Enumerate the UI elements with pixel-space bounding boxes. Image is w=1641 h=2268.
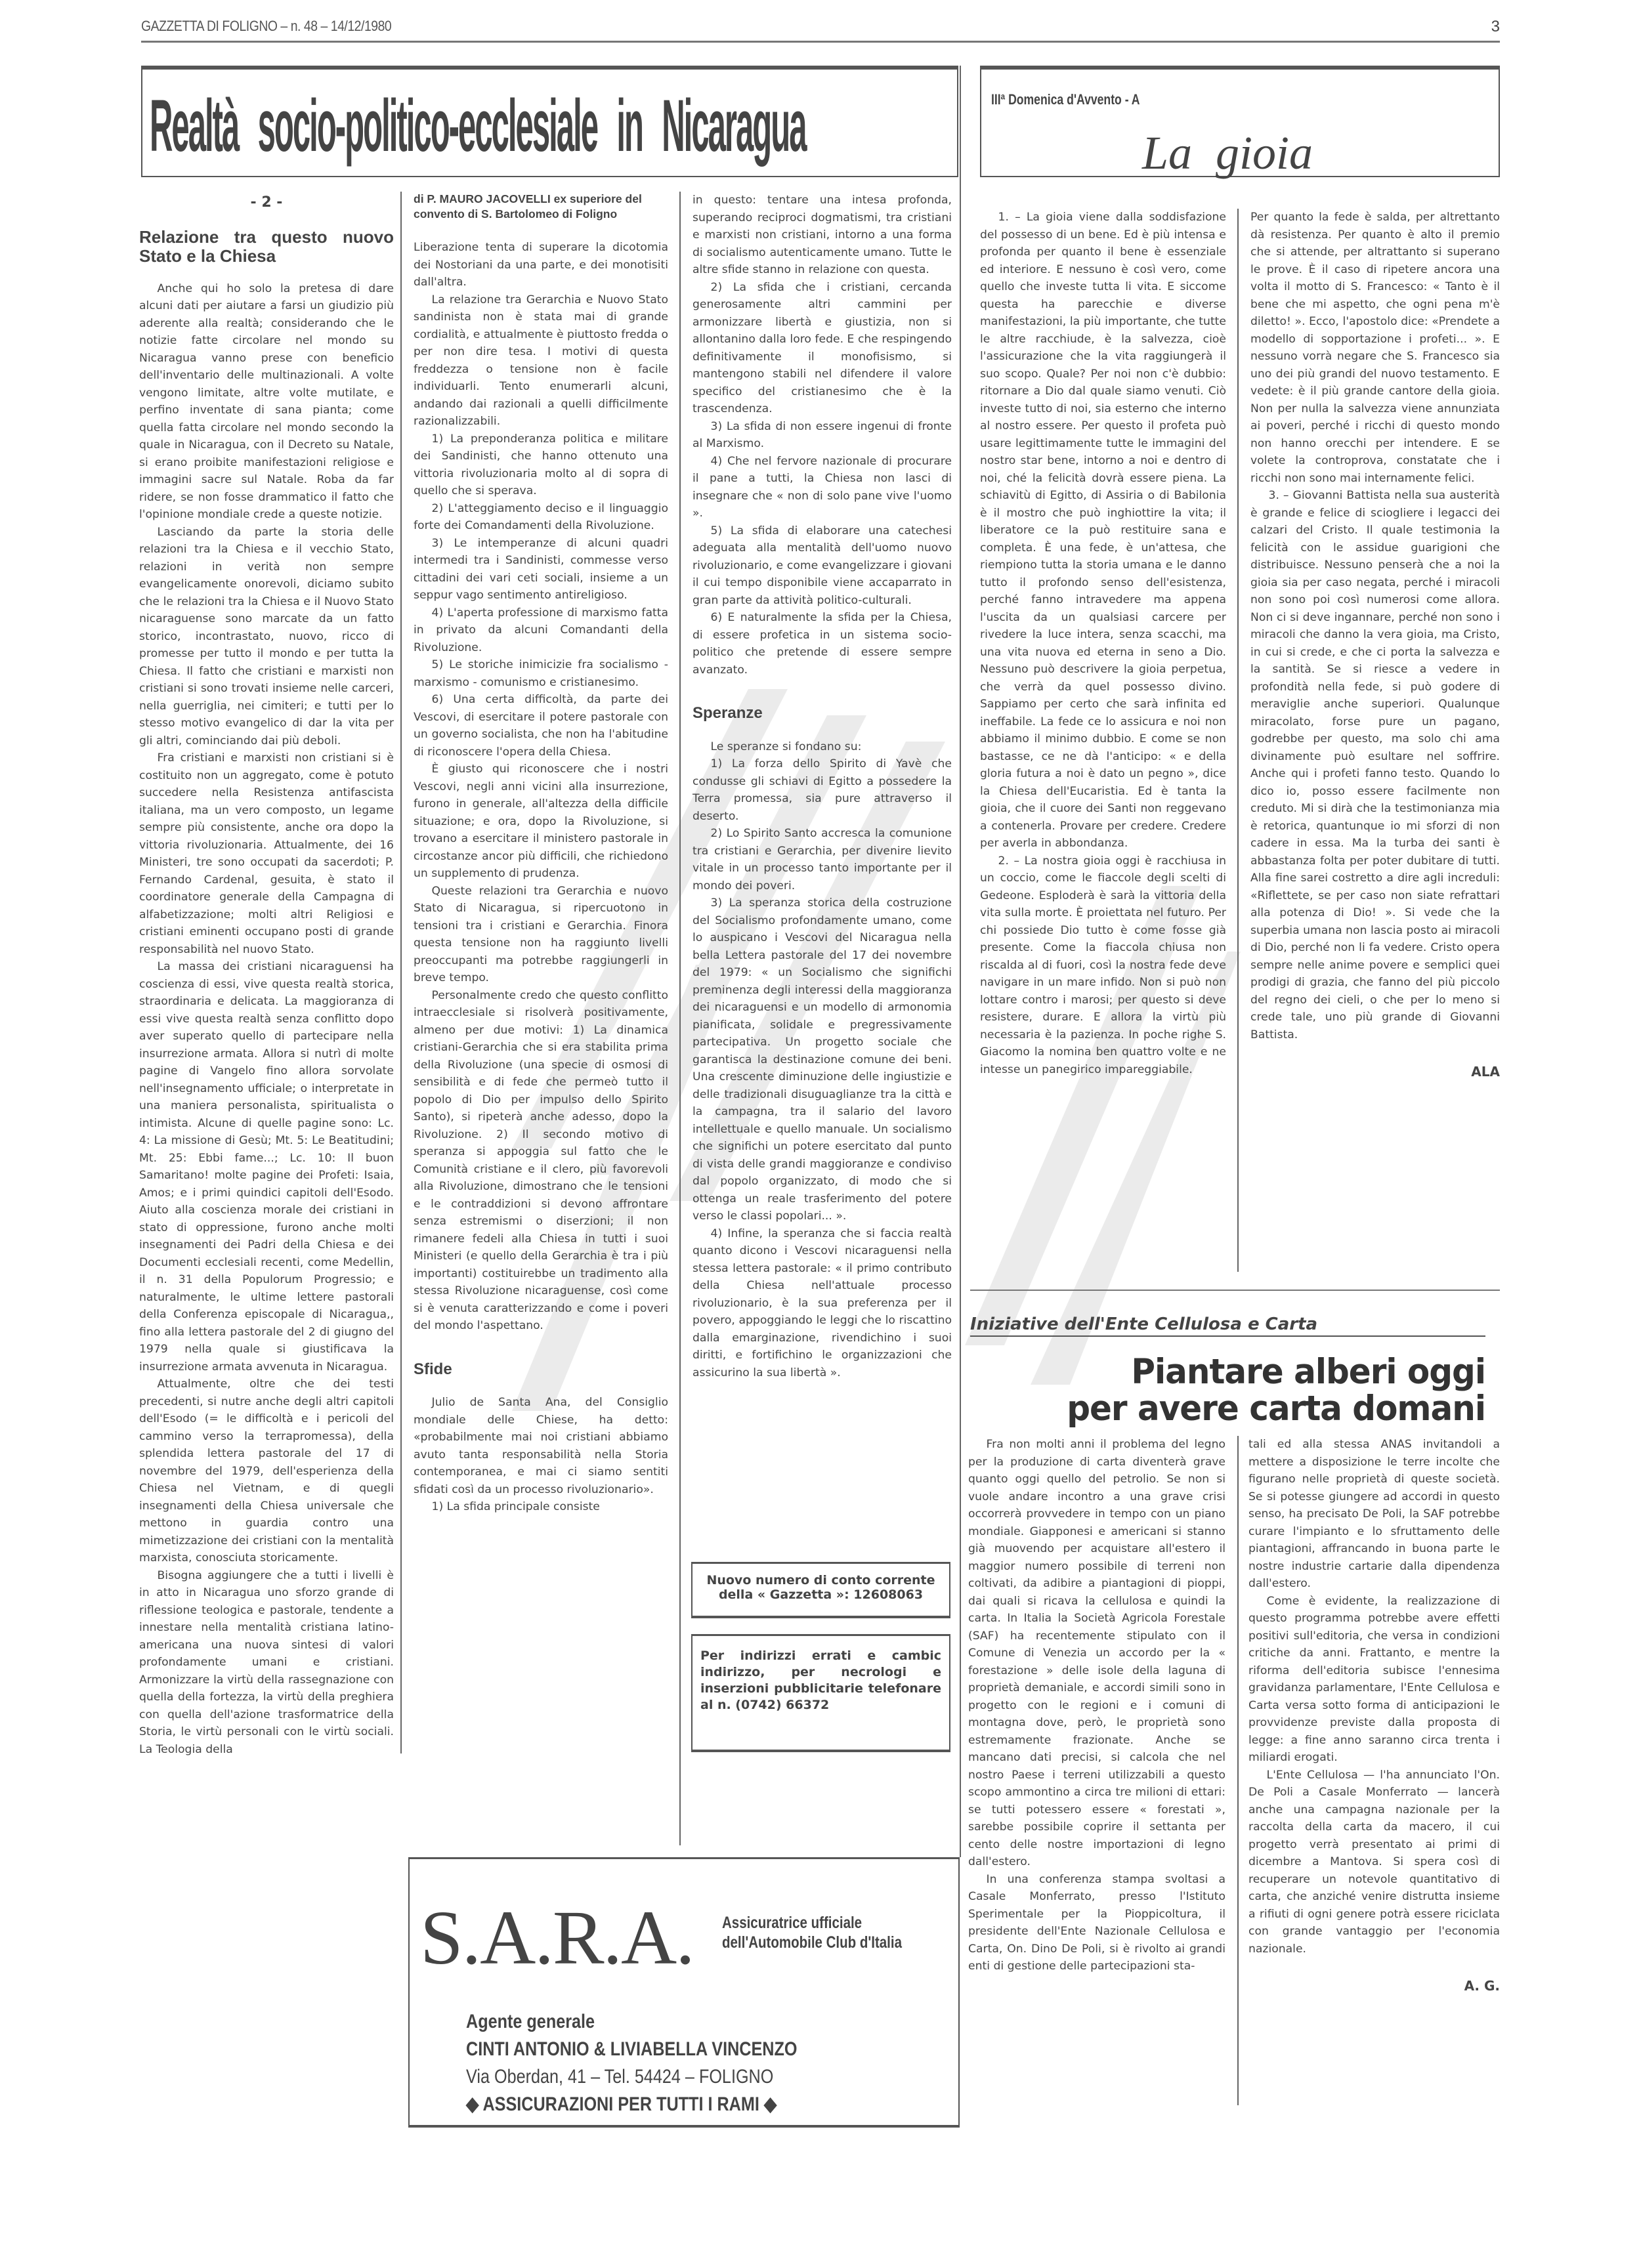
part-number: - 2 - — [139, 194, 394, 212]
nicaragua-title: Realtà socio-politico-ecclesiale in Nica… — [150, 84, 542, 169]
section-divider — [960, 66, 961, 1857]
paragraph: Come è evidente, la realizzazione di que… — [1248, 1593, 1500, 1767]
paragraph: 4) Che nel fervore nazionale di procurar… — [693, 453, 952, 522]
column-divider — [1237, 209, 1239, 1272]
paragraph: 2. – La nostra gioia oggi è racchiusa in… — [980, 852, 1226, 1079]
paragraph: È giusto qui riconoscere che i nostri Ve… — [414, 761, 668, 883]
section-heading-sfide: Sfide — [414, 1361, 668, 1379]
paragraph: 3) Le intemperanze di alcuni quadri inte… — [414, 535, 668, 604]
paragraph: Le speranze si fondano su: — [693, 738, 952, 756]
sara-tagline-line-1: Assicuratrice ufficiale — [722, 1913, 902, 1933]
nicaragua-column-1: - 2 - Relazione tra questo nuovo Stato e… — [139, 192, 394, 1758]
paragraph: in questo: tentare una intesa profonda, … — [693, 192, 952, 279]
paragraph: Anche qui ho solo la pretesa di dare alc… — [139, 280, 394, 524]
column-divider — [679, 192, 681, 1845]
paragraph: 1) La preponderanza politica e militare … — [414, 430, 668, 500]
paragraph: 3. – Giovanni Battista nella sua austeri… — [1250, 487, 1500, 1043]
paragraph: Lasciando da parte la storia delle relaz… — [139, 524, 394, 750]
cellulosa-column-1: Fra non molti anni il problema del legno… — [968, 1436, 1225, 1975]
paragraph: La relazione tra Gerarchia e Nuovo Stato… — [414, 291, 668, 430]
paragraph: 6) Una certa difficoltà, da parte dei Ve… — [414, 691, 668, 761]
nicaragua-column-2: di P. MAURO JACOVELLI ex superiore del c… — [414, 192, 668, 1516]
nicaragua-column-3: in questo: tentare una intesa profonda, … — [693, 192, 952, 1381]
paragraph: Fra non molti anni il problema del legno… — [968, 1436, 1225, 1871]
paragraph: 4) Infine, la speranza che si faccia rea… — [693, 1225, 952, 1382]
notice-conto-corrente: Nuovo numero di conto corrente della « G… — [691, 1562, 950, 1618]
section-rule — [970, 1290, 1500, 1291]
section-heading-speranze: Speranze — [693, 705, 952, 723]
byline: di P. MAURO JACOVELLI ex superiore del c… — [414, 192, 668, 222]
paragraph: 1) La forza dello Spirito di Yavè che co… — [693, 755, 952, 825]
paragraph: tali ed alla stessa ANAS invitandoli a m… — [1248, 1436, 1500, 1593]
page-number: 3 — [1491, 18, 1500, 36]
gioia-kicker: IIIª Domenica d'Avvento - A — [991, 91, 1140, 108]
column-divider — [1237, 1436, 1239, 2105]
notice-indirizzi: Per indirizzi errati e cambic indirizzo,… — [691, 1634, 950, 1752]
paragraph: Personalmente credo che questo conflitto… — [414, 987, 668, 1335]
paragraph: L'Ente Cellulosa — l'ha annunciato l'On.… — [1248, 1767, 1500, 1958]
paragraph: 6) E naturalmente la sfida per la Chiesa… — [693, 609, 952, 679]
paragraph: 5) Le storiche inimicizie fra socialismo… — [414, 656, 668, 691]
running-head: GAZZETTA DI FOLIGNO – n. 48 – 14/12/1980 — [141, 18, 1337, 35]
agent-address: Via Oberdan, 41 – Tel. 54424 – FOLIGNO — [466, 2063, 797, 2091]
paragraph: 2) La sfida che i cristiani, cercanda ge… — [693, 279, 952, 418]
paragraph: 3) La sfida di non essere ingenui di fro… — [693, 418, 952, 453]
paragraph: Liberazione tenta di superare la dicotom… — [414, 239, 668, 291]
section-heading-relazione: Relazione tra questo nuovo Stato e la Ch… — [139, 228, 394, 266]
cellulosa-headline: Piantare alberi oggi per avere carta dom… — [970, 1353, 1485, 1427]
paragraph: Attualmente, oltre che dei testi precede… — [139, 1375, 394, 1567]
gioia-column-1: 1. – La gioia viene dalla soddisfazione … — [980, 209, 1226, 1078]
paragraph: 2) L'atteggiamento deciso e il linguaggi… — [414, 500, 668, 535]
column-divider — [400, 192, 402, 1753]
agent-names: CINTI ANTONIO & LIVIABELLA VINCENZO — [466, 2036, 797, 2063]
paragraph: La massa dei cristiani nicaraguensi ha c… — [139, 958, 394, 1375]
headline-line-2: per avere carta domani — [970, 1389, 1485, 1428]
paragraph: Fra cristiani e marxisti non cristiani s… — [139, 749, 394, 958]
agent-slogan: ◆ ASSICURAZIONI PER TUTTI I RAMI ◆ — [466, 2091, 797, 2118]
paragraph: Julio de Santa Ana, del Consiglio mondia… — [414, 1394, 668, 1498]
signature-ala: ALA — [1250, 1063, 1500, 1081]
sara-tagline-line-2: dell'Automobile Club d'Italia — [722, 1933, 902, 1952]
header-rule — [141, 41, 1500, 43]
cellulosa-column-2: tali ed alla stessa ANAS invitandoli a m… — [1248, 1436, 1500, 1995]
headline-line-1: Piantare alberi oggi — [970, 1353, 1485, 1391]
paragraph: 5) La sfida di elaborare una catechesi a… — [693, 522, 952, 610]
paragraph: Per quanto la fede è salda, per altretta… — [1250, 209, 1500, 487]
gioia-title: La gioia — [1142, 126, 1313, 180]
paragraph: Bisogna aggiungere che a tutti i livelli… — [139, 1567, 394, 1759]
paragraph: 4) L'aperta professione di marxismo fatt… — [414, 604, 668, 657]
sara-tagline: Assicuratrice ufficiale dell'Automobile … — [722, 1913, 902, 1952]
paragraph: 3) La speranza storica della costruzione… — [693, 894, 952, 1225]
agent-label: Agente generale — [466, 2008, 797, 2036]
sara-agent-info: Agente generale CINTI ANTONIO & LIVIABEL… — [466, 2008, 797, 2118]
paragraph: 1. – La gioia viene dalla soddisfazione … — [980, 209, 1226, 852]
sara-logo: S.A.R.A. — [420, 1893, 694, 1983]
cellulosa-kicker: Iniziative dell'Ente Cellulosa e Carta — [970, 1314, 1485, 1337]
paragraph: In una conferenza stampa svoltasi a Casa… — [968, 1871, 1225, 1975]
paragraph: 2) Lo Spirito Santo accresca la comunion… — [693, 825, 952, 894]
gioia-column-2: Per quanto la fede è salda, per altretta… — [1250, 209, 1500, 1081]
signature-ag: A. G. — [1248, 1977, 1500, 1995]
paragraph: 1) La sfida principale consiste — [414, 1498, 668, 1516]
paragraph: Queste relazioni tra Gerarchia e nuovo S… — [414, 883, 668, 987]
